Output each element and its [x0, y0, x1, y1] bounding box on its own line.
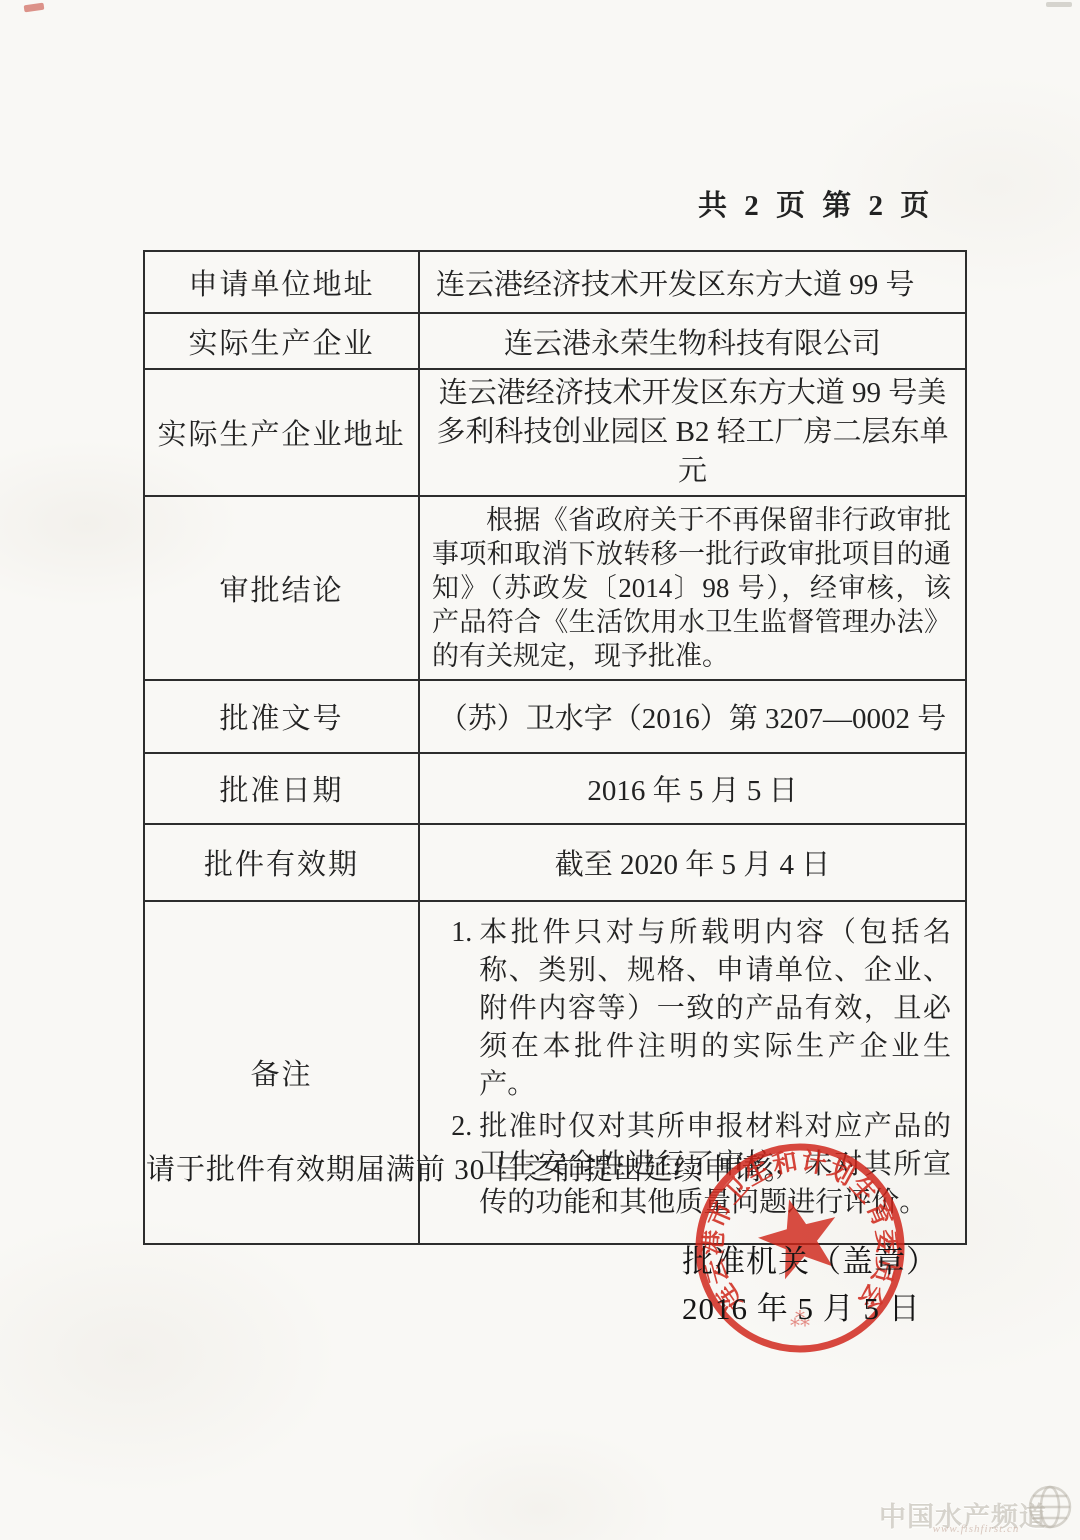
table-row: 审批结论 根据《省政府关于不再保留非行政审批事项和取消下放转移一批行政审批项目的… — [144, 496, 966, 680]
row-label-validity-period: 批件有效期 — [144, 824, 419, 901]
row-value-approval-date: 2016 年 5 月 5 日 — [419, 753, 966, 824]
scan-artifact-red — [24, 3, 45, 13]
row-label-remarks: 备注 — [144, 901, 419, 1244]
approval-signature-block: 批准机关（盖章） 2016 年 5 月 5 日 — [682, 1238, 938, 1332]
row-value-applicant-address: 连云港经济技术开发区东方大道 99 号 — [419, 251, 966, 313]
row-value-approval-conclusion: 根据《省政府关于不再保留非行政审批事项和取消下放转移一批行政审批项目的通知》（苏… — [419, 496, 966, 680]
site-watermark: 中国水产频道 www.fishfirst.cn — [878, 1483, 1074, 1535]
approval-table: 申请单位地址 连云港经济技术开发区东方大道 99 号 实际生产企业 连云港永荣生… — [143, 250, 967, 1245]
row-label-manufacturer-address: 实际生产企业地址 — [144, 369, 419, 496]
table-row: 批准日期 2016 年 5 月 5 日 — [144, 753, 966, 824]
row-label-approval-number: 批准文号 — [144, 680, 419, 753]
table-row: 实际生产企业地址 连云港经济技术开发区东方大道 99 号美多利科技创业园区 B2… — [144, 369, 966, 496]
watermark-url: www.fishfirst.cn — [906, 1523, 1046, 1535]
row-value-manufacturer-address: 连云港经济技术开发区东方大道 99 号美多利科技创业园区 B2 轻工厂房二层东单… — [419, 369, 966, 496]
scan-artifact-gray — [1046, 2, 1072, 7]
row-label-approval-date: 批准日期 — [144, 753, 419, 824]
approval-conclusion-text: 根据《省政府关于不再保留非行政审批事项和取消下放转移一批行政审批项目的通知》（苏… — [432, 503, 951, 673]
row-value-manufacturer: 连云港永荣生物科技有限公司 — [419, 313, 966, 369]
table-row: 实际生产企业 连云港永荣生物科技有限公司 — [144, 313, 966, 369]
approval-org-label: 批准机关（盖章） — [682, 1238, 938, 1285]
document-page: 共 2 页 第 2 页 申请单位地址 连云港经济技术开发区东方大道 99 号 实… — [0, 0, 1080, 1540]
row-value-approval-number: （苏）卫水字（2016）第 3207—0002 号 — [419, 680, 966, 753]
approval-date-line: 2016 年 5 月 5 日 — [682, 1285, 938, 1332]
table-row: 批准文号 （苏）卫水字（2016）第 3207—0002 号 — [144, 680, 966, 753]
table-row: 批件有效期 截至 2020 年 5 月 4 日 — [144, 824, 966, 901]
table-row: 申请单位地址 连云港经济技术开发区东方大道 99 号 — [144, 251, 966, 313]
page-number: 共 2 页 第 2 页 — [698, 183, 934, 224]
row-value-validity-period: 截至 2020 年 5 月 4 日 — [419, 824, 966, 901]
row-label-approval-conclusion: 审批结论 — [144, 496, 419, 680]
row-label-manufacturer: 实际生产企业 — [144, 313, 419, 369]
remark-item-1: 本批件只对与所载明内容（包括名称、类别、规格、申请单位、企业、附件内容等）一致的… — [479, 914, 955, 1104]
row-label-applicant-address: 申请单位地址 — [144, 251, 419, 313]
